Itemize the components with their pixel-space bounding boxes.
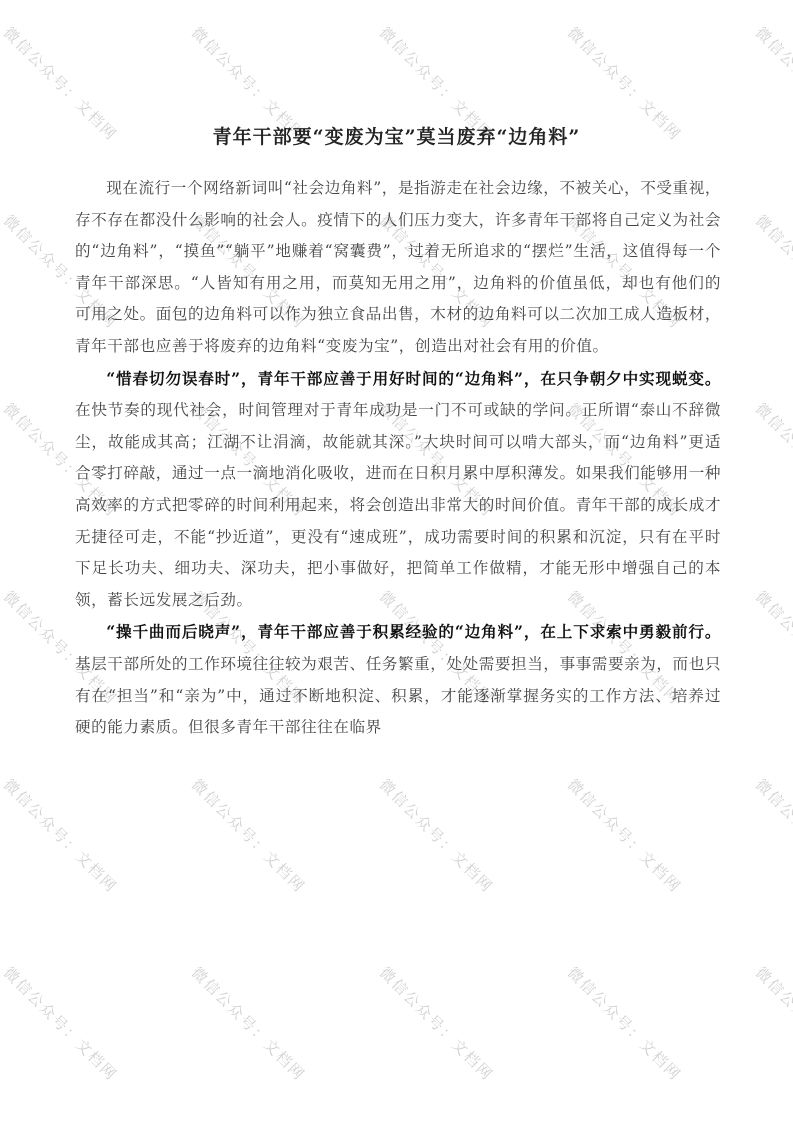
watermark-text: 微信公众号：文档网	[751, 398, 793, 521]
paragraph-3: “操千曲而后晓声”，青年干部应善于积累经验的“边角料”，在上下求索中勇毅前行。基…	[75, 616, 721, 743]
watermark-text: 微信公众号：文档网	[0, 774, 122, 897]
watermark-text: 微信公众号：文档网	[751, 210, 793, 333]
paragraph-2: “惜春切勿误春时”，青年干部应善于用好时间的“边角料”，在只争朝夕中实现蜕变。在…	[75, 363, 721, 617]
document-page: 微信公众号：文档网微信公众号：文档网微信公众号：文档网微信公众号：文档网微信公众…	[0, 0, 793, 1122]
watermark-text: 微信公众号：文档网	[375, 962, 498, 1085]
paragraph-1: 现在流行一个网络新词叫“社会边角料”，是指游走在社会边缘，不被关心，不受重视，存…	[75, 172, 721, 363]
watermark-text: 微信公众号：文档网	[0, 962, 122, 1085]
paragraph-3-text: 基层干部所处的工作环境往往较为艰苦、任务繁重，处处需要担当，事事需要亲为，而也只…	[75, 655, 721, 736]
watermark-text: 微信公众号：文档网	[751, 962, 793, 1085]
watermark-text: 微信公众号：文档网	[563, 962, 686, 1085]
paragraph-2-text: 在快节奏的现代社会，时间管理对于青年成功是一门不可或缺的学问。正所谓“泰山不辞微…	[75, 401, 721, 609]
watermark-text: 微信公众号：文档网	[751, 774, 793, 897]
paragraph-2-lead: “惜春切勿误春时”，青年干部应善于用好时间的“边角料”，在只争朝夕中实现蜕变。	[106, 369, 721, 388]
paragraph-1-text: 现在流行一个网络新词叫“社会边角料”，是指游走在社会边缘，不被关心，不受重视，存…	[75, 179, 721, 355]
watermark-text: 微信公众号：文档网	[375, 774, 498, 897]
watermark-text: 微信公众号：文档网	[563, 774, 686, 897]
watermark-text: 微信公众号：文档网	[187, 962, 310, 1085]
watermark-text: 微信公众号：文档网	[751, 586, 793, 709]
document-title: 青年干部要“变废为宝”莫当废弃“边角料”	[0, 122, 793, 149]
paragraph-3-lead: “操千曲而后晓声”，青年干部应善于积累经验的“边角料”，在上下求索中勇毅前行。	[106, 622, 721, 641]
document-body: 现在流行一个网络新词叫“社会边角料”，是指游走在社会边缘，不被关心，不受重视，存…	[75, 172, 721, 744]
watermark-text: 微信公众号：文档网	[187, 774, 310, 897]
